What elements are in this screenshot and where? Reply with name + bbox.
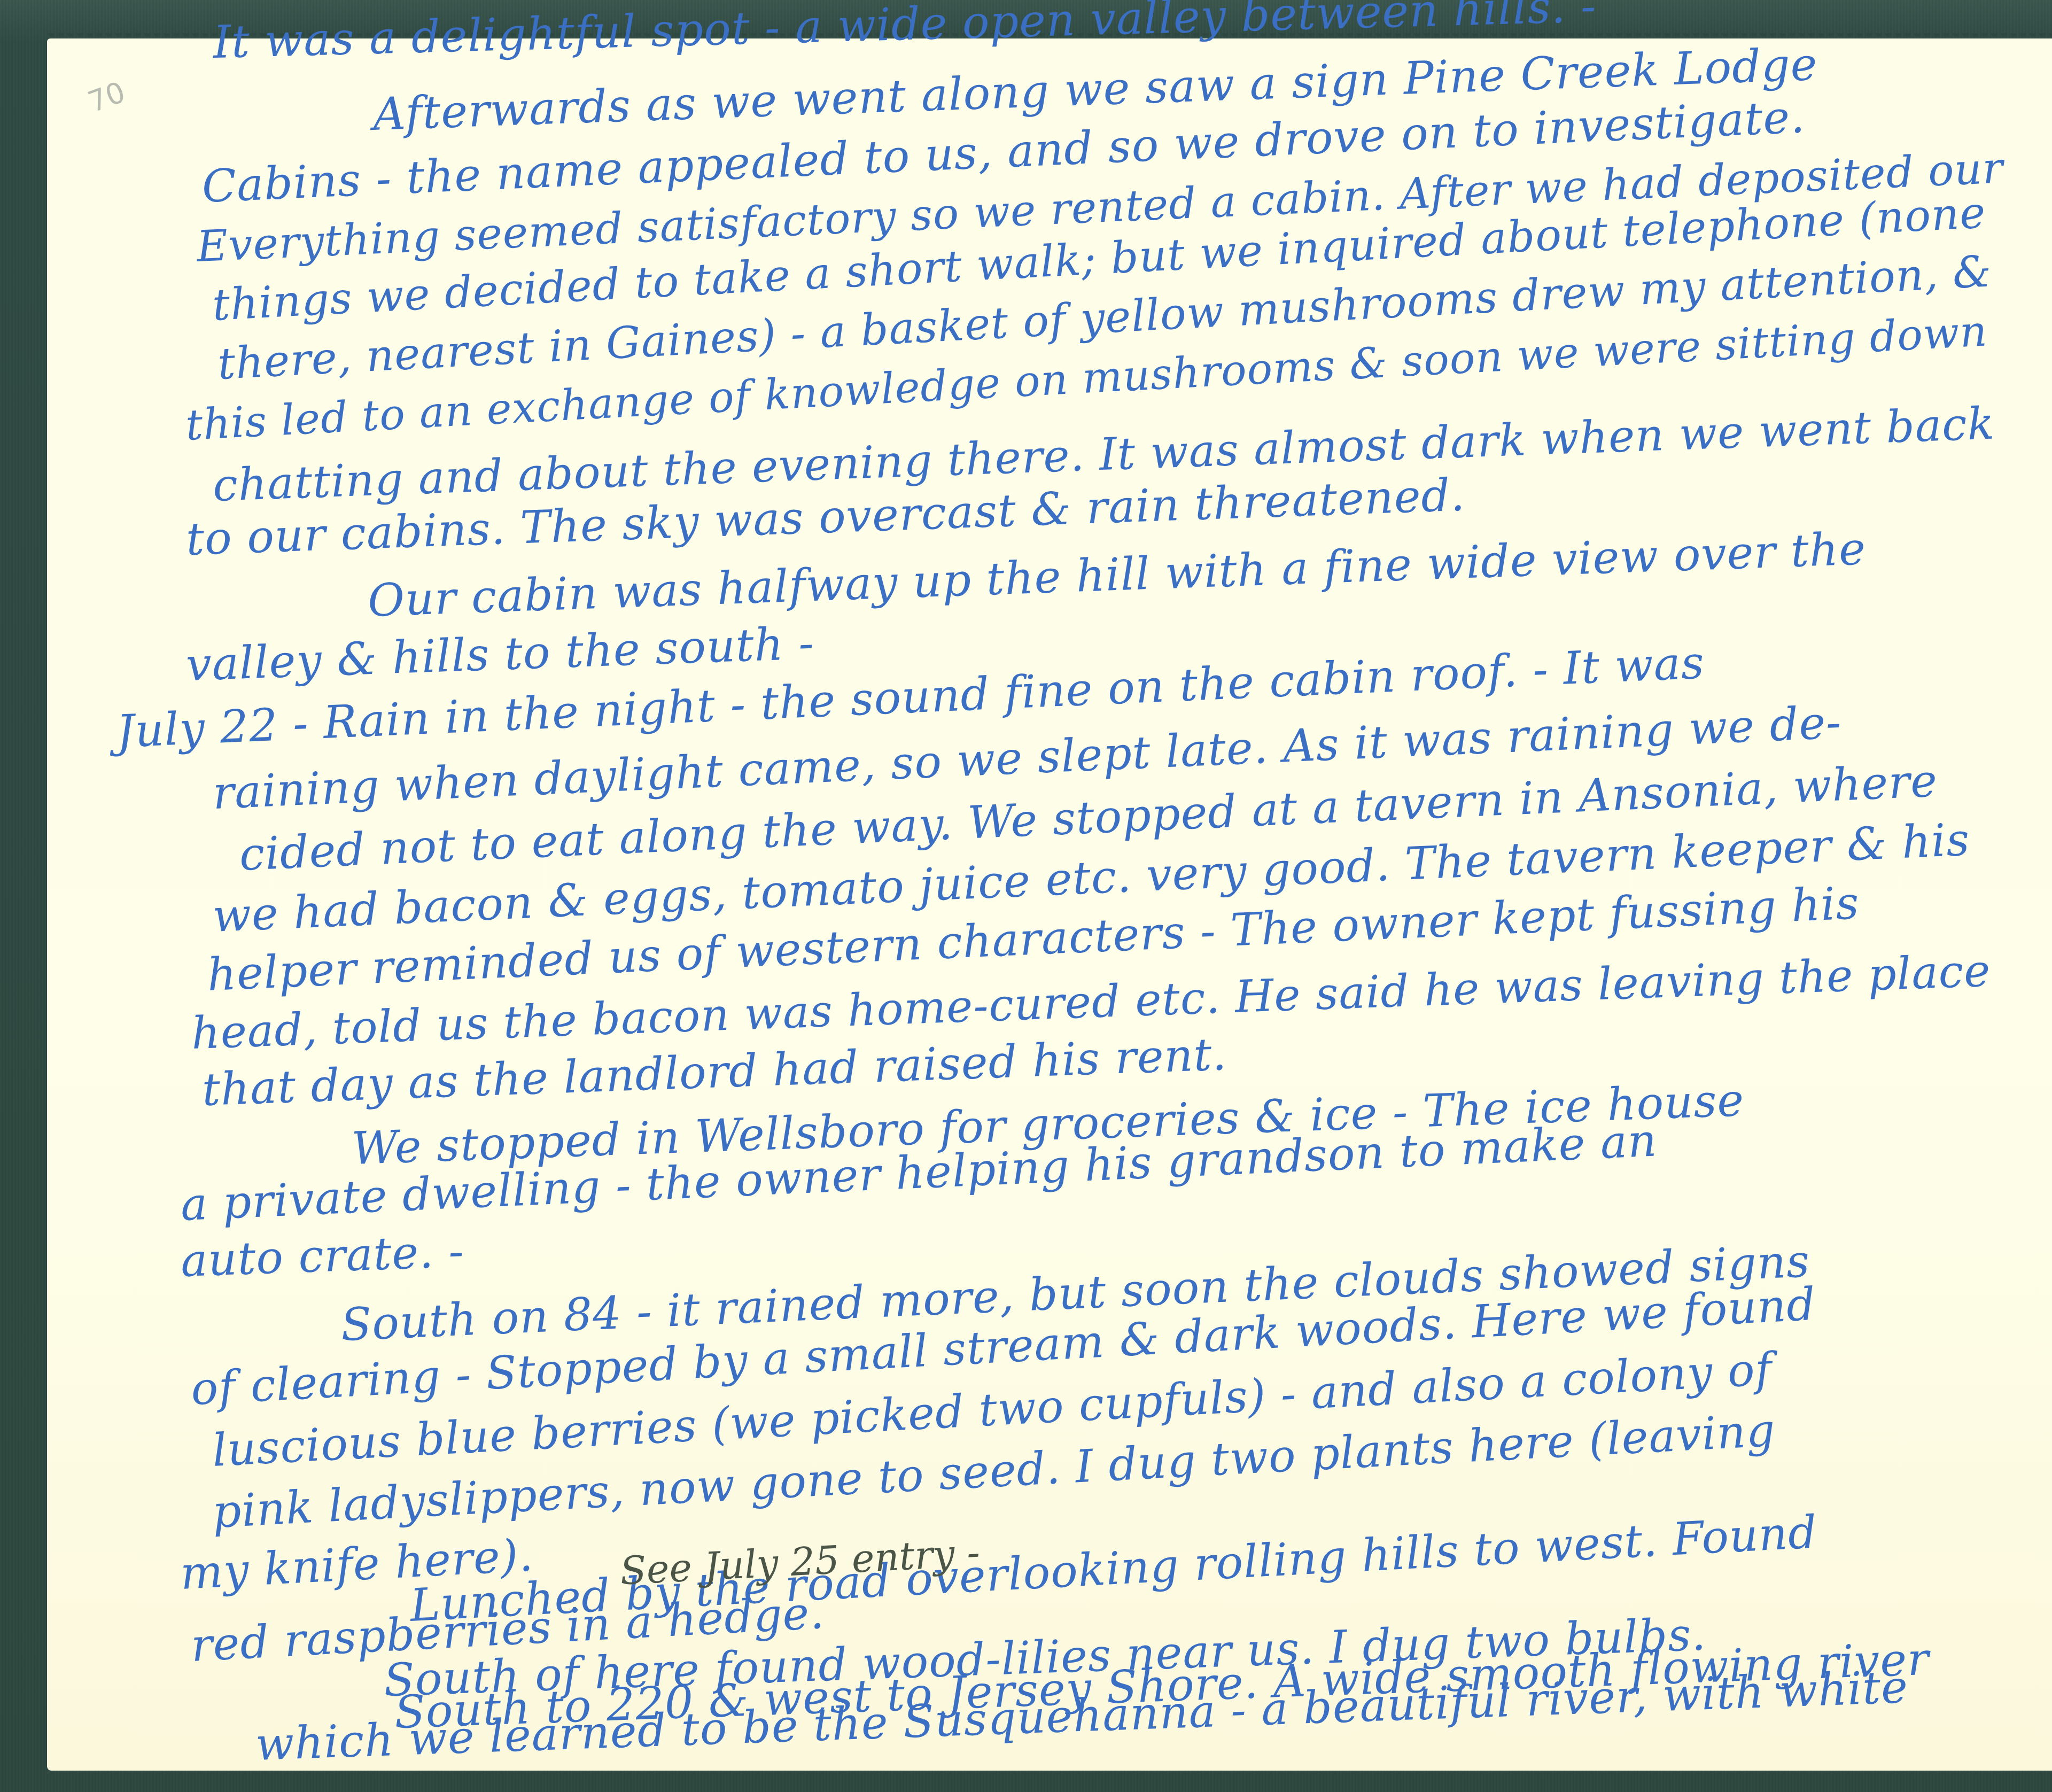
handwritten-line: auto crate. - [180,1225,465,1287]
